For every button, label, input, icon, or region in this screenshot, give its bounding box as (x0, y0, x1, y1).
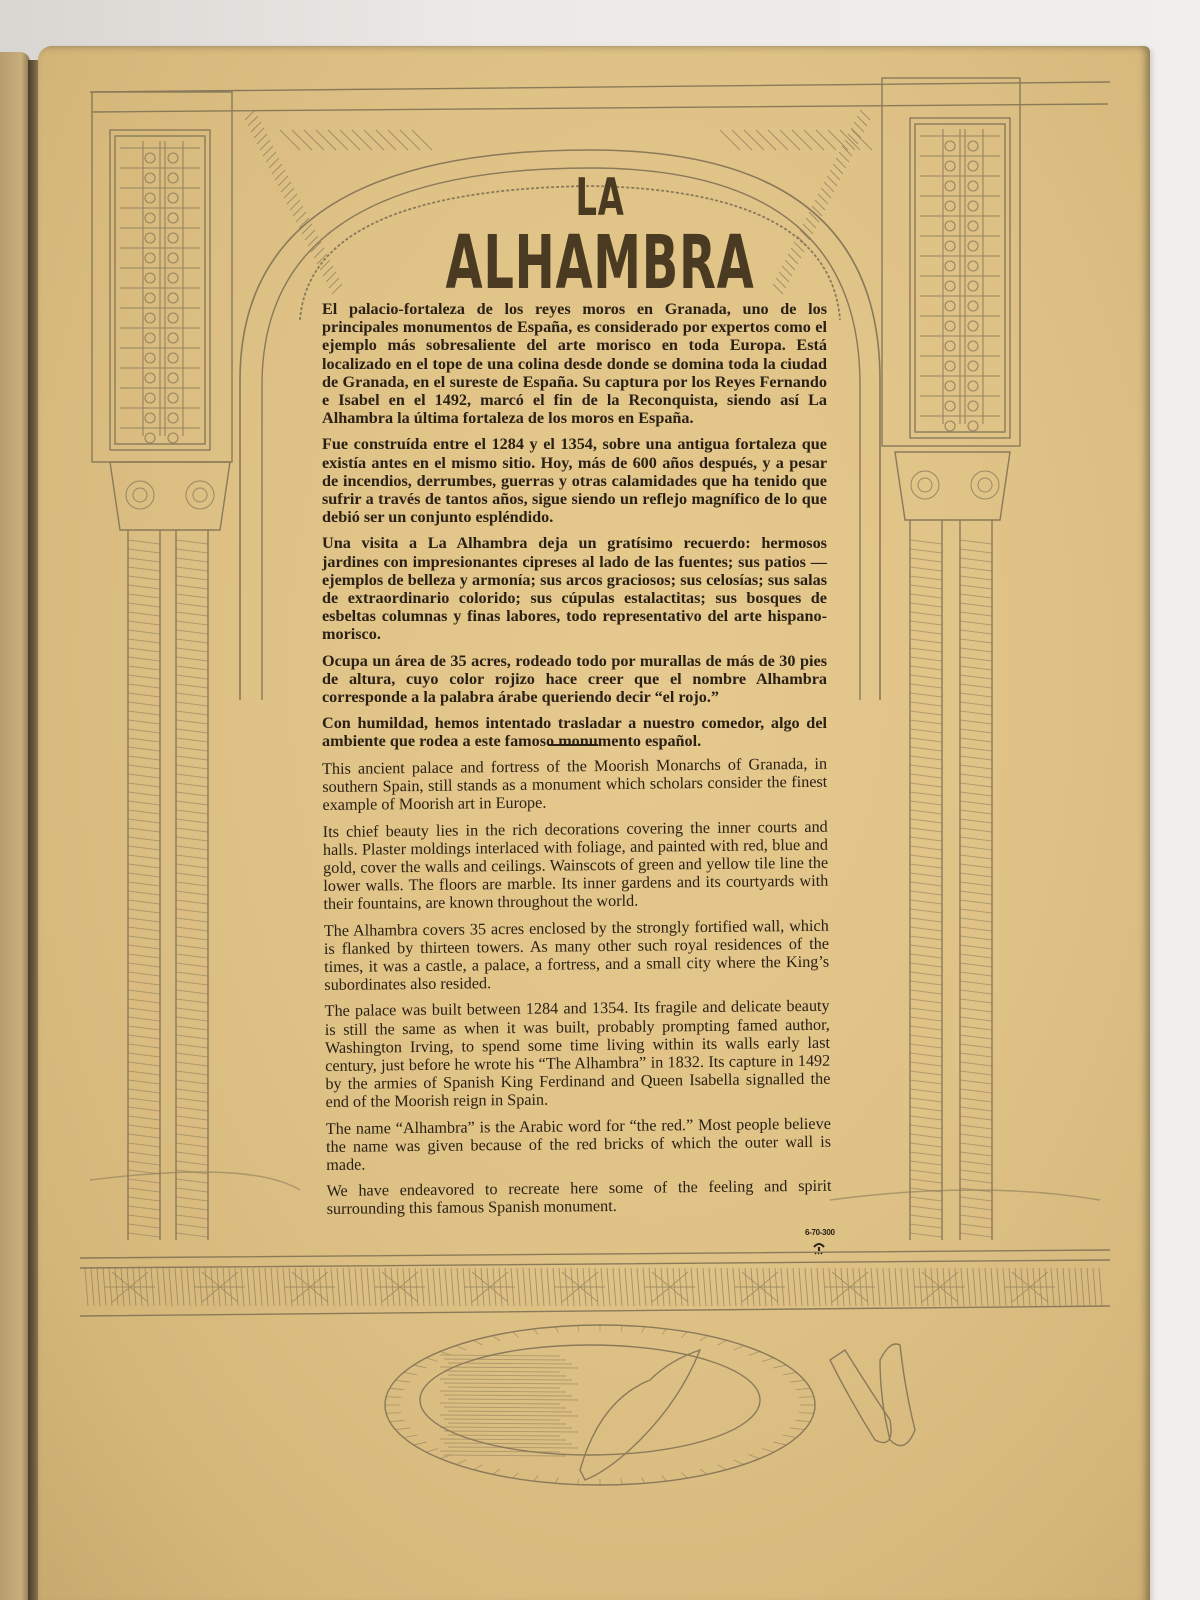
left-capital (110, 462, 230, 530)
english-paragraph: The Alhambra covers 35 acres enclosed by… (324, 916, 830, 994)
bird-1 (580, 1350, 700, 1480)
english-paragraph: Its chief beauty lies in the rich decora… (323, 817, 829, 913)
english-paragraph: The palace was built between 1284 and 13… (325, 997, 831, 1112)
english-paragraph: We have endeavored to recreate here some… (326, 1177, 831, 1219)
fountain-basin (385, 1325, 815, 1485)
union-label-icon (812, 1241, 826, 1255)
print-code: 6-70-300 (805, 1228, 835, 1237)
english-paragraph: The name “Alhambra” is the Arabic word f… (326, 1114, 832, 1174)
spanish-paragraph: Una visita a La Alhambra deja un gratísi… (322, 534, 827, 643)
right-capital (895, 452, 1010, 520)
spanish-text-block: El palacio-fortaleza de los reyes moros … (322, 300, 827, 759)
spanish-paragraph: Ocupa un área de 35 acres, rodeado todo … (322, 652, 827, 707)
spanish-paragraph: El palacio-fortaleza de los reyes moros … (322, 300, 827, 427)
title-alhambra: ALHAMBRA (168, 220, 1032, 306)
title-la: LA (168, 168, 1032, 228)
section-divider (548, 744, 598, 746)
english-text-block: This ancient palace and fortress of the … (322, 755, 832, 1227)
spanish-paragraph: Fue construída entre el 1284 y el 1354, … (322, 435, 827, 526)
english-paragraph: This ancient palace and fortress of the … (322, 755, 828, 815)
bird-3 (880, 1344, 915, 1446)
